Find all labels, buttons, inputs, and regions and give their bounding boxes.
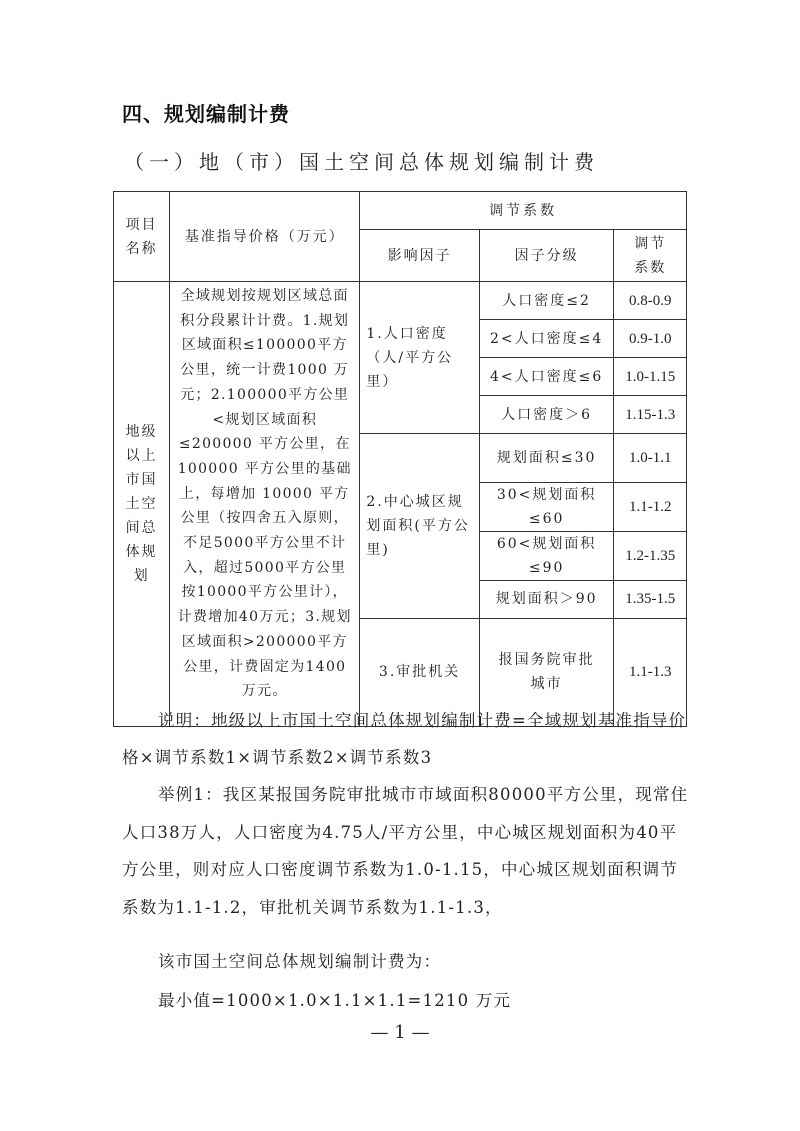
coef-cell: 1.15-1.3 — [614, 396, 687, 434]
grade-cell: 60<规划面积≤90 — [479, 531, 614, 580]
coef-cell: 0.8-0.9 — [614, 282, 687, 320]
header-coefficient: 调节系数 — [614, 230, 687, 282]
note-paragraph: 说明：地级以上市国土空间总体规划编制计费=全域规划基准指导价格×调节系数1×调节… — [122, 702, 692, 776]
grade-cell: 4<人口密度≤6 — [479, 358, 614, 396]
coef-cell: 1.35-1.5 — [614, 580, 687, 618]
grade-cell: 规划面积≤30 — [479, 434, 614, 483]
base-price-text: 全域规划按规划区域总面积分段累计计费。1.规划区域面积≤100000平方公里，统… — [170, 282, 360, 727]
grade-cell: 2<人口密度≤4 — [479, 320, 614, 358]
coef-cell: 1.0-1.15 — [614, 358, 687, 396]
coef-cell: 1.0-1.1 — [614, 434, 687, 483]
grade-cell: 人口密度≤2 — [479, 282, 614, 320]
factor-population-density: 1.人口密度（人/平方公里） — [360, 282, 479, 434]
grade-cell: 人口密度＞6 — [479, 396, 614, 434]
project-name-cell: 地级以上市国土空间总体规划 — [114, 282, 170, 727]
fee-table: 项目名称 基准指导价格（万元） 调节系数 影响因子 因子分级 调节系数 地级以上… — [113, 191, 687, 727]
grade-cell: 30<规划面积≤60 — [479, 482, 614, 531]
header-project-name: 项目名称 — [114, 192, 170, 282]
coef-cell: 0.9-1.0 — [614, 320, 687, 358]
subsection-title: （一）地（市）国土空间总体规划编制计费 — [124, 146, 599, 175]
factor-central-area: 2.中心城区规划面积(平方公里) — [360, 434, 479, 619]
fee-intro: 该市国土空间总体规划编制计费为： — [122, 948, 692, 972]
header-base-price: 基准指导价格（万元） — [170, 192, 360, 282]
coef-cell: 1.2-1.35 — [614, 531, 687, 580]
page-number: — 1 — — [0, 1022, 800, 1043]
section-title: 四、规划编制计费 — [122, 98, 290, 127]
header-adjust-group: 调节系数 — [360, 192, 687, 230]
header-factor: 影响因子 — [360, 230, 479, 282]
coef-cell: 1.1-1.2 — [614, 482, 687, 531]
header-grade: 因子分级 — [479, 230, 614, 282]
grade-cell: 规划面积＞90 — [479, 580, 614, 618]
example-paragraph: 举例1：我区某报国务院审批城市市域面积80000平方公里，现常住人口38万人，人… — [122, 776, 692, 926]
min-value-formula: 最小值=1000×1.0×1.1×1.1=1210 万元 — [122, 987, 692, 1011]
